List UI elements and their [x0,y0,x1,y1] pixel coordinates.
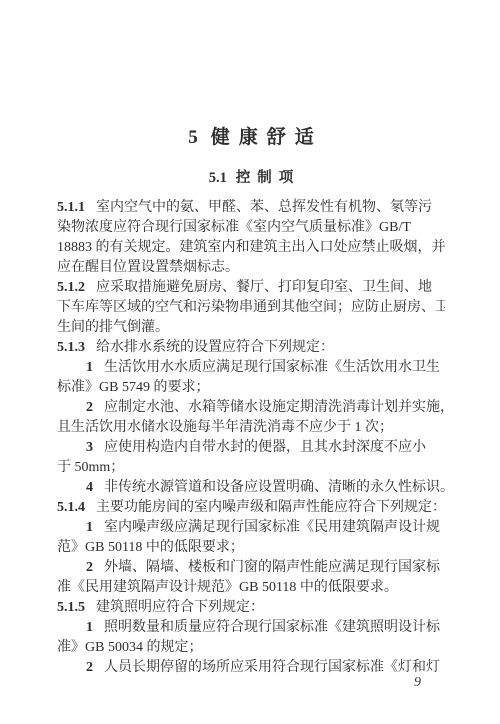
item-text: 室内噪声级应满足现行国家标准《民用建筑隔声设计规 [104,520,440,535]
list-item-line: 4非传统水源管道和设备应设置明确、清晰的永久性标识。 [57,478,445,498]
item-text: 非传统水源管道和设备应设置明确、清晰的永久性标识。 [104,480,445,495]
list-item-line: 1照明数量和质量应符合现行国家标准《建筑照明设计标 [57,618,445,638]
item-number: 1 [86,520,93,535]
text-line: 18883 的有关规定。建筑室内和建筑主出入口处应禁止吸烟，并 [57,238,445,258]
item-text: 照明数量和质量应符合现行国家标准《建筑照明设计标 [104,620,440,635]
item-number: 2 [86,660,93,675]
line-text: 于 50mm； [57,460,124,475]
text-line: 范》GB 50118 中的低限要求； [57,538,445,558]
list-item-line: 2应制定水池、水箱等储水设施定期清洗消毒计划并实施， [57,398,445,418]
list-item-line: 2外墙、隔墙、楼板和门窗的隔声性能应满足现行国家标 [57,558,445,578]
item-number: 3 [86,440,93,455]
clause-number: 5.1.5 [57,600,85,615]
clause-line: 5.1.3给水排水系统的设置应符合下列规定： [57,338,445,358]
document-page: 5健康舒适 5.1控制项 5.1.1室内空气中的氨、甲醛、苯、总挥发性有机物、氡… [0,0,500,724]
clause-line: 5.1.1室内空气中的氨、甲醛、苯、总挥发性有机物、氡等污 [57,198,445,218]
clause-number: 5.1.3 [57,340,85,355]
line-text: 准》GB 50034 的规定； [57,640,202,655]
line-text: 标准》GB 5749 的要求； [57,380,209,395]
text-line: 准》GB 50034 的规定； [57,638,445,658]
item-number: 1 [86,360,93,375]
clause-line: 5.1.4主要功能房间的室内噪声级和隔声性能应符合下列规定： [57,498,445,518]
item-text: 人员长期停留的场所应采用符合现行国家标准《灯和灯 [104,660,440,675]
clause-number: 5.1.1 [57,200,85,215]
clause-line: 5.1.2应采取措施避免厨房、餐厅、打印复印室、卫生间、地 [57,278,445,298]
clause-number: 5.1.4 [57,500,85,515]
list-item-line: 1生活饮用水水质应满足现行国家标准《生活饮用水卫生 [57,358,445,378]
clause-number: 5.1.2 [57,280,85,295]
clause-text: 应采取措施避免厨房、餐厅、打印复印室、卫生间、地 [96,280,432,295]
item-text: 应使用构造内自带水封的便器，且其水封深度不应小 [104,440,426,455]
clause-text: 主要功能房间的室内噪声级和隔声性能应符合下列规定： [96,500,445,515]
text-line: 应在醒目位置设置禁烟标志。 [57,258,445,278]
item-text: 外墙、隔墙、楼板和门窗的隔声性能应满足现行国家标 [104,560,440,575]
item-number: 2 [86,400,93,415]
section-number: 5.1 [209,170,227,186]
line-text: 下车库等区域的空气和污染物串通到其他空间；应防止厨房、卫 [57,300,445,315]
page-content: 5健康舒适 5.1控制项 5.1.1室内空气中的氨、甲醛、苯、总挥发性有机物、氡… [57,127,445,678]
text-line: 染物浓度应符合现行国家标准《室内空气质量标准》GB/T [57,218,445,238]
clause-line: 5.1.5建筑照明应符合下列规定： [57,598,445,618]
chapter-number: 5 [188,127,198,148]
line-text: 准《民用建筑隔声设计规范》GB 50118 中的低限要求。 [57,580,398,595]
text-line: 标准》GB 5749 的要求； [57,378,445,398]
line-text: 范》GB 50118 中的低限要求； [57,540,244,555]
clause-text: 给水排水系统的设置应符合下列规定： [96,340,334,355]
chapter-title: 健康舒适 [211,127,323,148]
clause-text: 建筑照明应符合下列规定： [96,600,264,615]
text-line: 于 50mm； [57,458,445,478]
section-title: 控制项 [236,170,301,186]
list-item-line: 1室内噪声级应满足现行国家标准《民用建筑隔声设计规 [57,518,445,538]
line-text: 染物浓度应符合现行国家标准《室内空气质量标准》GB/T [57,220,411,235]
text-line: 生间的排气倒灌。 [57,318,445,338]
item-number: 2 [86,560,93,575]
item-number: 1 [86,620,93,635]
list-item-line: 2人员长期停留的场所应采用符合现行国家标准《灯和灯 [57,658,445,678]
chapter-heading: 5健康舒适 [57,127,445,149]
text-line: 且生活饮用水储水设施每半年清洗消毒不应少于 1 次； [57,418,445,438]
item-text: 生活饮用水水质应满足现行国家标准《生活饮用水卫生 [104,360,440,375]
clause-text: 室内空气中的氨、甲醛、苯、总挥发性有机物、氡等污 [96,200,432,215]
body-text: 5.1.1室内空气中的氨、甲醛、苯、总挥发性有机物、氡等污 染物浓度应符合现行国… [57,198,445,678]
page-number: 9 [414,675,421,691]
item-text: 应制定水池、水箱等储水设施定期清洗消毒计划并实施， [104,400,445,415]
section-heading: 5.1控制项 [57,170,445,187]
text-line: 准《民用建筑隔声设计规范》GB 50118 中的低限要求。 [57,578,445,598]
item-number: 4 [86,480,93,495]
list-item-line: 3应使用构造内自带水封的便器，且其水封深度不应小 [57,438,445,458]
line-text: 应在醒目位置设置禁烟标志。 [57,260,239,275]
line-text: 且生活饮用水储水设施每半年清洗消毒不应少于 1 次； [57,420,393,435]
line-text: 生间的排气倒灌。 [57,320,169,335]
text-line: 下车库等区域的空气和污染物串通到其他空间；应防止厨房、卫 [57,298,445,318]
line-text: 18883 的有关规定。建筑室内和建筑主出入口处应禁止吸烟，并 [57,240,445,255]
